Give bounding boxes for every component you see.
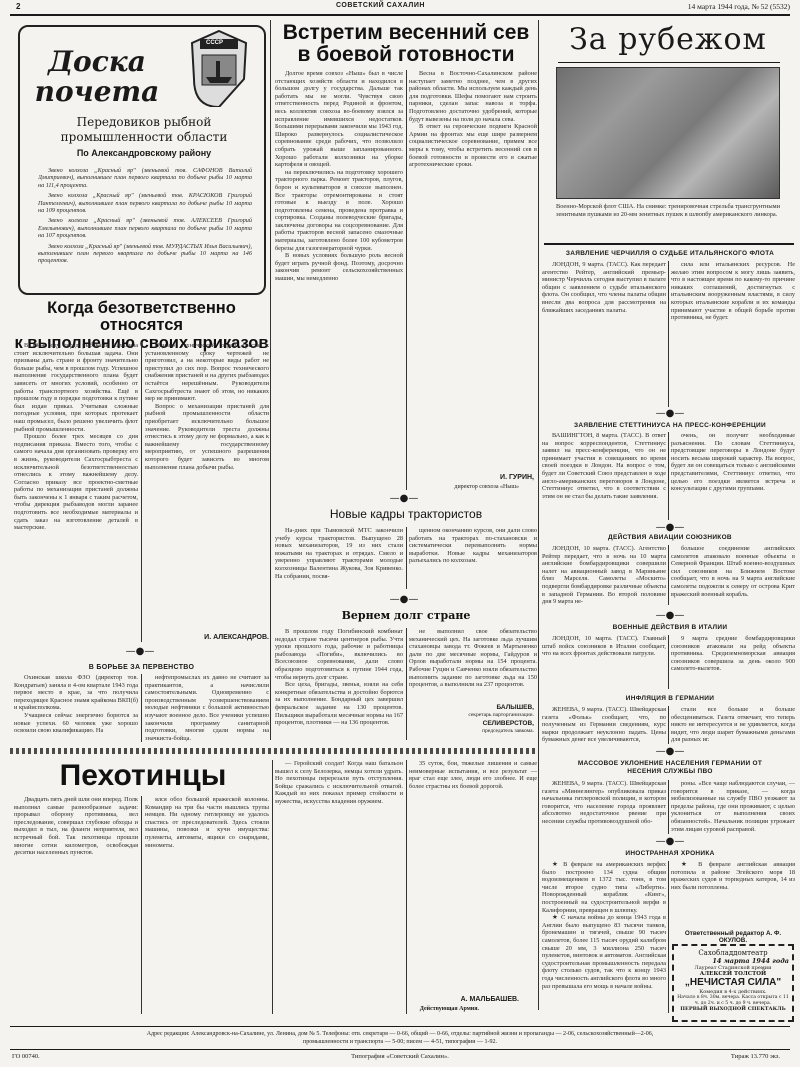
sowing-paragraph: В новых условиях большую роль весной буд… <box>275 252 403 282</box>
sowing-headline-2: в боевой готовности <box>272 44 540 66</box>
news-paragraph: ЛОНДОН, 10 марта. (ТАСС). Главный штаб в… <box>542 635 666 658</box>
honor-title-1: Доска <box>32 47 162 77</box>
separator-dot-icon: —●— <box>650 408 690 419</box>
sowing-signature-title: директор совхоза «Ныш» <box>409 484 519 490</box>
tractorists-col-2: щенном окончанию курсов, они дали слово … <box>409 527 537 591</box>
ad-venue: Сахобладдомтеатр <box>677 949 789 957</box>
column-rule <box>270 20 271 740</box>
column-rule <box>406 527 407 589</box>
photo-caption: Военно-Морской флот США. На снимке: трен… <box>556 203 780 227</box>
column-rule <box>668 635 669 689</box>
news-paragraph: стали все больше и больше обесцениваться… <box>671 706 795 744</box>
infantry-col-4: 35 суток, бои, тяжелые лишения и самые н… <box>409 760 537 982</box>
sowing-paragraph: Весна в Восточно-Сахалинском районе наст… <box>409 70 537 123</box>
rivalry-paragraph: Охинская школа ФЗО (директор тов. Кондра… <box>14 674 138 712</box>
news-col: ★ В феврале английская авиация потопила … <box>671 861 795 929</box>
footer-printer: Типография «Советский Сахалин». <box>300 1053 500 1060</box>
news-paragraph: ★ С начала войны до конца 1943 года в Ан… <box>542 914 666 990</box>
news-col: ★ В феврале на американских верфях было … <box>542 861 666 1016</box>
orders-col-2: Однако технический отдел треста к устано… <box>145 342 269 630</box>
infantry-paragraph: 35 суток, бои, тяжелые лишения и самые н… <box>409 760 537 790</box>
honor-board: Доска почета СССР Передовиков рыбной про… <box>18 25 266 295</box>
news-headline: МАССОВОЕ УКЛОНЕНИЕ НАСЕЛЕНИЯ ГЕРМАНИИ ОТ… <box>560 760 780 776</box>
news-col: ЖЕНЕВА, 9 марта. (ТАСС). Швейцарская газ… <box>542 706 666 746</box>
abroad-section-title: За рубежом <box>548 22 788 57</box>
honor-subtitle-2: промышленности области <box>30 130 258 145</box>
honor-entry: Звено колхоза „Красный яр" (звеньевой то… <box>38 192 252 214</box>
news-col: 9 марта средние бомбардировщики союзнико… <box>671 635 795 691</box>
rivalry-headline: В БОРЬБЕ ЗА ПЕРВЕНСТВО <box>14 664 269 671</box>
page-number: 2 <box>16 2 20 11</box>
debt-paragraph: В прошлом году Погибинский комбинат недо… <box>275 628 403 681</box>
honor-subtitle-1: Передовиков рыбной <box>30 115 258 130</box>
news-headline: ИНФЛЯЦИЯ В ГЕРМАНИИ <box>542 695 798 702</box>
column-rule <box>668 706 669 744</box>
news-paragraph: ВАШИНГТОН, 8 марта. (ТАСС). В ответ на в… <box>542 432 666 500</box>
news-col: ЛОНДОН, 9 марта. (ТАСС). Как передает аг… <box>542 261 666 409</box>
sowing-headline-1: Встретим весенний сев <box>272 22 540 44</box>
orders-paragraph: В 1944 году перед рыбаками Сахалина стои… <box>14 342 138 433</box>
orders-signature: И. АЛЕКСАНДРОВ. <box>145 634 269 641</box>
honor-entry: Звено колхоза „Красный яр" (звеньевой то… <box>38 167 252 189</box>
honor-title-2: почета <box>32 77 162 107</box>
rivalry-paragraph: нефтепромыслах их давно не считают за пр… <box>145 674 269 742</box>
news-headline: ЗАЯВЛЕНИЕ ЧЕРЧИЛЛЯ О СУДЬБЕ ИТАЛЬЯНСКОГО… <box>542 250 798 257</box>
tractorists-headline: Новые кадры трактористов <box>275 508 537 521</box>
orders-paragraph: Прошло более трех месяцев со дня подписа… <box>14 433 138 532</box>
debt-headline: Вернем долг стране <box>275 610 537 622</box>
news-headline: ВОЕННЫЕ ДЕЙСТВИЯ В ИТАЛИИ <box>542 624 798 631</box>
infantry-col-1: Двадцать пять дней шли они вперед. Полк … <box>14 796 138 1016</box>
footer-circulation: Тираж 13.770 экз. <box>731 1053 780 1060</box>
infantry-headline: Пехотинцы <box>14 760 272 792</box>
section-rule <box>544 243 794 245</box>
news-paragraph: ★ В феврале английская авиация потопила … <box>671 861 795 891</box>
news-col: роны. «Все чаще наблюдаются случаи, — го… <box>671 780 795 836</box>
infantry-signature-title: Действующая Армия. <box>409 1006 479 1012</box>
column-rule <box>406 760 407 1014</box>
debt-signature-1-title: секретарь парторганизации. <box>409 712 534 718</box>
rivalry-col-2: нефтепромыслах их давно не считают за пр… <box>145 674 269 744</box>
paper-name: СОВЕТСКИЙ САХАЛИН <box>336 2 425 9</box>
column-rule <box>668 861 669 1013</box>
separator-dot-icon: —●— <box>650 610 690 621</box>
title-rule <box>558 62 780 63</box>
separator-dot-icon: —●— <box>650 836 690 847</box>
news-paragraph: ЛОНДОН, 9 марта. (ТАСС). Как передает аг… <box>542 261 666 314</box>
footer-rule <box>10 1049 790 1050</box>
footer-rule <box>10 1026 790 1027</box>
sowing-paragraph: на переключились на подготовку хорошего … <box>275 169 403 253</box>
honor-entry: Звено колхоза „Красный яр" (звеньевой то… <box>38 243 252 265</box>
column-rule <box>406 70 407 490</box>
debt-col-2: не выполнил свое обязательство механичес… <box>409 628 537 700</box>
tractorists-paragraph: щенном окончанию курсов, они дали слово … <box>409 527 537 565</box>
footer-code: ГО 00740. <box>12 1053 40 1060</box>
rivalry-paragraph: Учащиеся сейчас энергично борются за нов… <box>14 712 138 735</box>
news-paragraph: большое соединение английских самолетов … <box>671 545 795 598</box>
address-line: Адрес редакции: Александровск-на-Сахалин… <box>40 1030 760 1038</box>
debt-signature-2-title: председатель завкома. <box>409 728 534 734</box>
news-paragraph: очень, он получит необходимые разъяснени… <box>671 432 795 493</box>
column-rule <box>272 760 273 1014</box>
infantry-paragraph: Двадцать пять дней шли они вперед. Полк … <box>14 796 138 857</box>
debt-col-1: В прошлом году Погибинский комбинат недо… <box>275 628 403 744</box>
masthead-rule <box>10 14 790 16</box>
tractorists-paragraph: На-днях при Тымовской МТС закончили учеб… <box>275 527 403 580</box>
separator-dot-icon: —●— <box>120 646 160 657</box>
masthead-bar: 2 СОВЕТСКИЙ САХАЛИН 14 марта 1944 года, … <box>0 0 800 14</box>
column-rule <box>668 432 669 520</box>
sowing-signature: И. ГУРИН, <box>409 474 534 481</box>
sowing-col-2: Весна в Восточно-Сахалинском районе наст… <box>409 70 537 455</box>
infantry-col-2: ялся обоз большой вражеской колонны. Ком… <box>145 796 269 1016</box>
news-paragraph: ★ В феврале на американских верфях было … <box>542 861 666 914</box>
orders-col-1: В 1944 году перед рыбаками Сахалина стои… <box>14 342 138 644</box>
news-headline: ДЕЙСТВИЯ АВИАЦИИ СОЮЗНИКОВ <box>542 534 798 541</box>
column-rule <box>668 780 669 834</box>
news-paragraph: сила или итальянских ресурсов. Не желаю … <box>671 261 795 322</box>
news-col: стали все больше и больше обесцениваться… <box>671 706 795 746</box>
news-paragraph: ЖЕНЕВА, 9 марта. (ТАСС). Швейцарская газ… <box>542 706 666 744</box>
ad-note: ПЕРВЫЙ ВЫХОДНОЙ СПЕКТАКЛЬ <box>677 1006 789 1012</box>
news-col: ЛОНДОН, 10 марта. (ТАСС). Главный штаб в… <box>542 635 666 691</box>
news-headline: ИНОСТРАННАЯ ХРОНИКА <box>542 850 798 857</box>
orders-paragraph: Однако технический отдел треста к устано… <box>145 342 269 403</box>
separator-dot-icon: —●— <box>650 522 690 533</box>
orders-paragraph: Вопрос о механизации пристаней для рыбно… <box>145 403 269 471</box>
emblem-label: СССР <box>206 40 223 46</box>
news-col: сила или итальянских ресурсов. Не желаю … <box>671 261 795 409</box>
column-rule <box>668 545 669 605</box>
issue-date: 14 марта 1944 года, № 52 (5532) <box>688 2 790 11</box>
ad-play-title: „НЕЧИСТАЯ СИЛА" <box>677 977 789 989</box>
news-col: ЖЕНЕВА, 9 марта. (ТАСС). Швейцарская газ… <box>542 780 666 836</box>
column-rule <box>141 342 142 642</box>
sowing-paragraph: Долгое время совхоз «Ныш» был в числе от… <box>275 70 403 169</box>
news-col: большое соединение английских самолетов … <box>671 545 795 607</box>
sowing-col-1: Долгое время совхоз «Ныш» был в числе от… <box>275 70 403 490</box>
honor-entry: Звено колхоза „Красный яр" (звеньевой то… <box>38 217 252 239</box>
editor-signature: Ответственный редактор А. Ф. ОКУЛОВ. <box>671 930 795 944</box>
news-col: ВАШИНГТОН, 8 марта. (ТАСС). В ответ на в… <box>542 432 666 522</box>
rivalry-col-1: Охинская школа ФЗО (директор тов. Кондра… <box>14 674 138 744</box>
infantry-paragraph: ялся обоз большой вражеской колонны. Ком… <box>145 796 269 849</box>
debt-signature-2: СЕЛИВЕРСТОВ, <box>409 720 534 727</box>
column-rule <box>668 261 669 407</box>
news-col: ЛОНДОН, 10 марта. (ТАСС). Агентство Рейт… <box>542 545 666 607</box>
honor-district: По Александровскому району <box>30 147 258 160</box>
footer-address: Адрес редакции: Александровск-на-Сахалин… <box>40 1030 760 1046</box>
ad-date: 14 марта 1944 года <box>677 957 789 965</box>
news-paragraph: ЖЕНЕВА, 9 марта. (ТАСС). Швейцарская газ… <box>542 780 666 826</box>
debt-paragraph: Все цеха, бригады, звенья, взяли на себя… <box>275 681 403 727</box>
infantry-col-3: — Геройский солдат! Когда наш батальон в… <box>275 760 403 1016</box>
ad-times: Начало в 8ч. 30м. вечера. Касса открыта … <box>677 995 789 1006</box>
sowing-paragraph: В ответ на героические подвиги Красной А… <box>409 123 537 169</box>
news-paragraph: ЛОНДОН, 10 марта. (ТАСС). Агентство Рейт… <box>542 545 666 606</box>
separator-dot-icon: —●— <box>384 493 424 504</box>
honor-entries: Звено колхоза „Красный яр" (звеньевой то… <box>38 167 252 265</box>
news-headline: ЗАЯВЛЕНИЕ СТЕТТИНИУСА НА ПРЕСС-КОНФЕРЕНЦ… <box>542 422 798 429</box>
column-rule <box>406 628 407 740</box>
sowing-headline: Встретим весенний сев в боевой готовност… <box>272 22 540 66</box>
address-line: промышленности и транспорта — 5-00; писе… <box>40 1038 760 1046</box>
infantry-signature: А. МАЛЬБАШЕВ. <box>409 996 519 1003</box>
column-rule <box>141 674 142 742</box>
news-paragraph: роны. «Все чаще наблюдаются случаи, — го… <box>671 780 795 833</box>
column-rule <box>141 796 142 1014</box>
separator-dot-icon: —●— <box>650 746 690 757</box>
debt-paragraph: не выполнил свое обязательство механичес… <box>409 628 537 689</box>
column-rule <box>538 20 539 1010</box>
news-paragraph: 9 марта средние бомбардировщики союзнико… <box>671 635 795 673</box>
tractorists-col-1: На-днях при Тымовской МТС закончили учеб… <box>275 527 403 591</box>
news-col: очень, он получит необходимые разъяснени… <box>671 432 795 522</box>
debt-signature-1: БАЛЫШЕВ, <box>409 704 534 711</box>
navy-photo <box>556 67 780 199</box>
theater-ad: Сахобладдомтеатр 14 марта 1944 года Лаур… <box>672 944 794 1022</box>
infantry-paragraph: — Геройский солдат! Когда наш батальон в… <box>275 760 403 806</box>
separator-dot-icon: —●— <box>384 594 424 605</box>
wavy-divider <box>10 748 538 754</box>
orders-headline-1: Когда безответственно относятся <box>14 300 269 335</box>
ussr-emblem-icon: СССР <box>188 29 250 107</box>
